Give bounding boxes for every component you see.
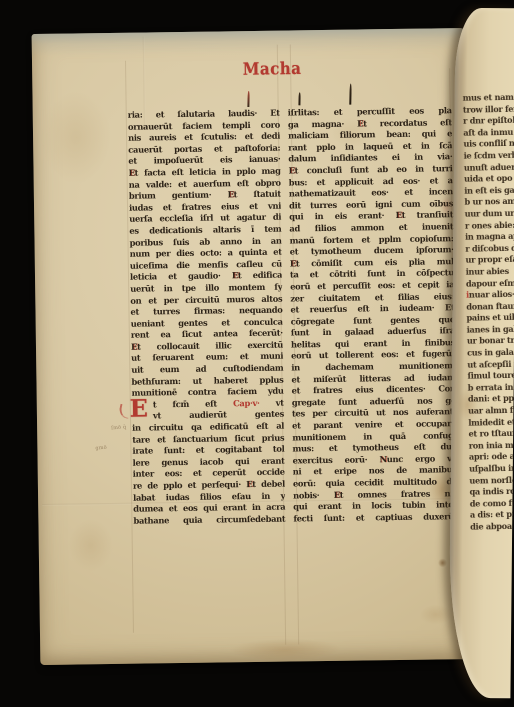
text-column-right: iſrlitas: et percuſſit eos plaga magna· … [288,105,458,525]
rubricated-capital: E [246,479,252,489]
ascender-flourish [298,92,300,105]
next-page-edge: mus et namtrow illor ferr dnr epiſtoleaſ… [448,8,514,699]
text-line-fragment: r diſcobus d [465,242,514,255]
text-line-fragment: ut aſcepſii fo [467,358,514,371]
text-line-fragment: in magna ap: [465,231,514,244]
next-page-text-sliver: mus et namtrow illor ferr dnr epiſtoleaſ… [463,92,514,534]
rubricated-capital: E [396,210,402,220]
text-line-fragment: b errata in an [468,381,514,394]
text-line-fragment: apri: ode aur [469,451,514,464]
rubricated-capital: N [379,454,386,464]
text-line-fragment: b ur nos ami [464,196,514,209]
text-line-fragment: a dis: et pſen [470,509,514,522]
text-line-fragment: uar almn fyr [468,405,514,418]
text-line-fragment: uem norſlen [469,474,514,487]
text-line-fragment: ur bonar trin [467,335,514,348]
text-line-fragment: uida et opo d [464,173,514,186]
text-line-fragment: et ro tſtaur [468,428,514,441]
rubricated-capital: E [227,189,233,199]
photo-of-manuscript: Macha ria: et ſalutaria laudis· Etornaue… [0,0,514,707]
text-column-left: ria: et ſalutaria laudis· Etornauerūt fa… [128,108,286,527]
page-top-edge-sheen [32,28,466,56]
text-line-fragment: dapour eſm [466,277,514,290]
stain [40,91,111,184]
rubricated-capital: E [232,271,238,281]
text-line-fragment: ianes in galile [467,323,514,336]
rubricated-capital: E [131,341,137,351]
chapter-marker: Cap·v· [233,398,260,408]
stain [420,604,452,624]
text-line: bathane quia circumſedebant [133,513,285,527]
marginal-note: ſmō q̄ [111,424,127,431]
rubricated-capital: E [290,258,296,268]
rubricated-capital: E [334,489,340,499]
text-line-fragment: inur abies [466,266,514,279]
text-line-fragment: in eſt eis gal [464,184,514,197]
text-line-fragment: r dnr epiſtole [463,115,514,128]
rubricated-capital: E [288,165,294,175]
running-header: Macha [220,58,324,80]
rubricated-capital: i [466,290,469,300]
text-line-fragment: trow illor fer [463,103,514,116]
rubricated-capital: E [357,118,363,128]
text-line-fragment: lmidedit et [468,416,514,429]
text-line: fecti ſunt: et captiuas duxerūt [293,511,457,525]
text-line-fragment: r ones abie: [465,219,514,232]
text-line-fragment: inuar alios· [466,289,514,302]
ascender-flourish [247,91,249,107]
stain [68,519,113,572]
ascender-flourish [349,84,351,105]
text-line-fragment: ur propr eſau [465,254,514,267]
text-line-fragment: pains et uilir [466,312,514,325]
text-line-fragment: uſpalſbu in [469,463,514,476]
text-line-fragment: ſimul toures [467,370,514,383]
stain [438,558,447,567]
text-line-fragment: mus et nam [463,92,514,105]
text-line-fragment: de como fuir [470,497,514,510]
text-line-fragment: unuſt aduerſ [464,161,514,174]
text-line-fragment: qa indis ro [469,486,514,499]
text-line-fragment: uur dum urr [465,208,514,221]
text-line-fragment: donan ftaun f [466,300,514,313]
marginal-note: gmō [95,445,107,452]
text-line-fragment: cus in galaad [467,347,514,360]
text-line-fragment: ron inia md [469,439,514,452]
text-line-fragment: aſt da inmu u [463,126,514,139]
text-line-fragment: uis confliſ n [463,138,514,151]
text-line-fragment: ie ſcdm verba [464,150,514,163]
text-line-fragment: die abpoau p [470,521,514,534]
manuscript-page: Macha ria: et ſalutaria laudis· Etornaue… [32,28,475,665]
rubricated-capital: E [128,168,134,178]
text-line-fragment: dani: et pper [468,393,514,406]
